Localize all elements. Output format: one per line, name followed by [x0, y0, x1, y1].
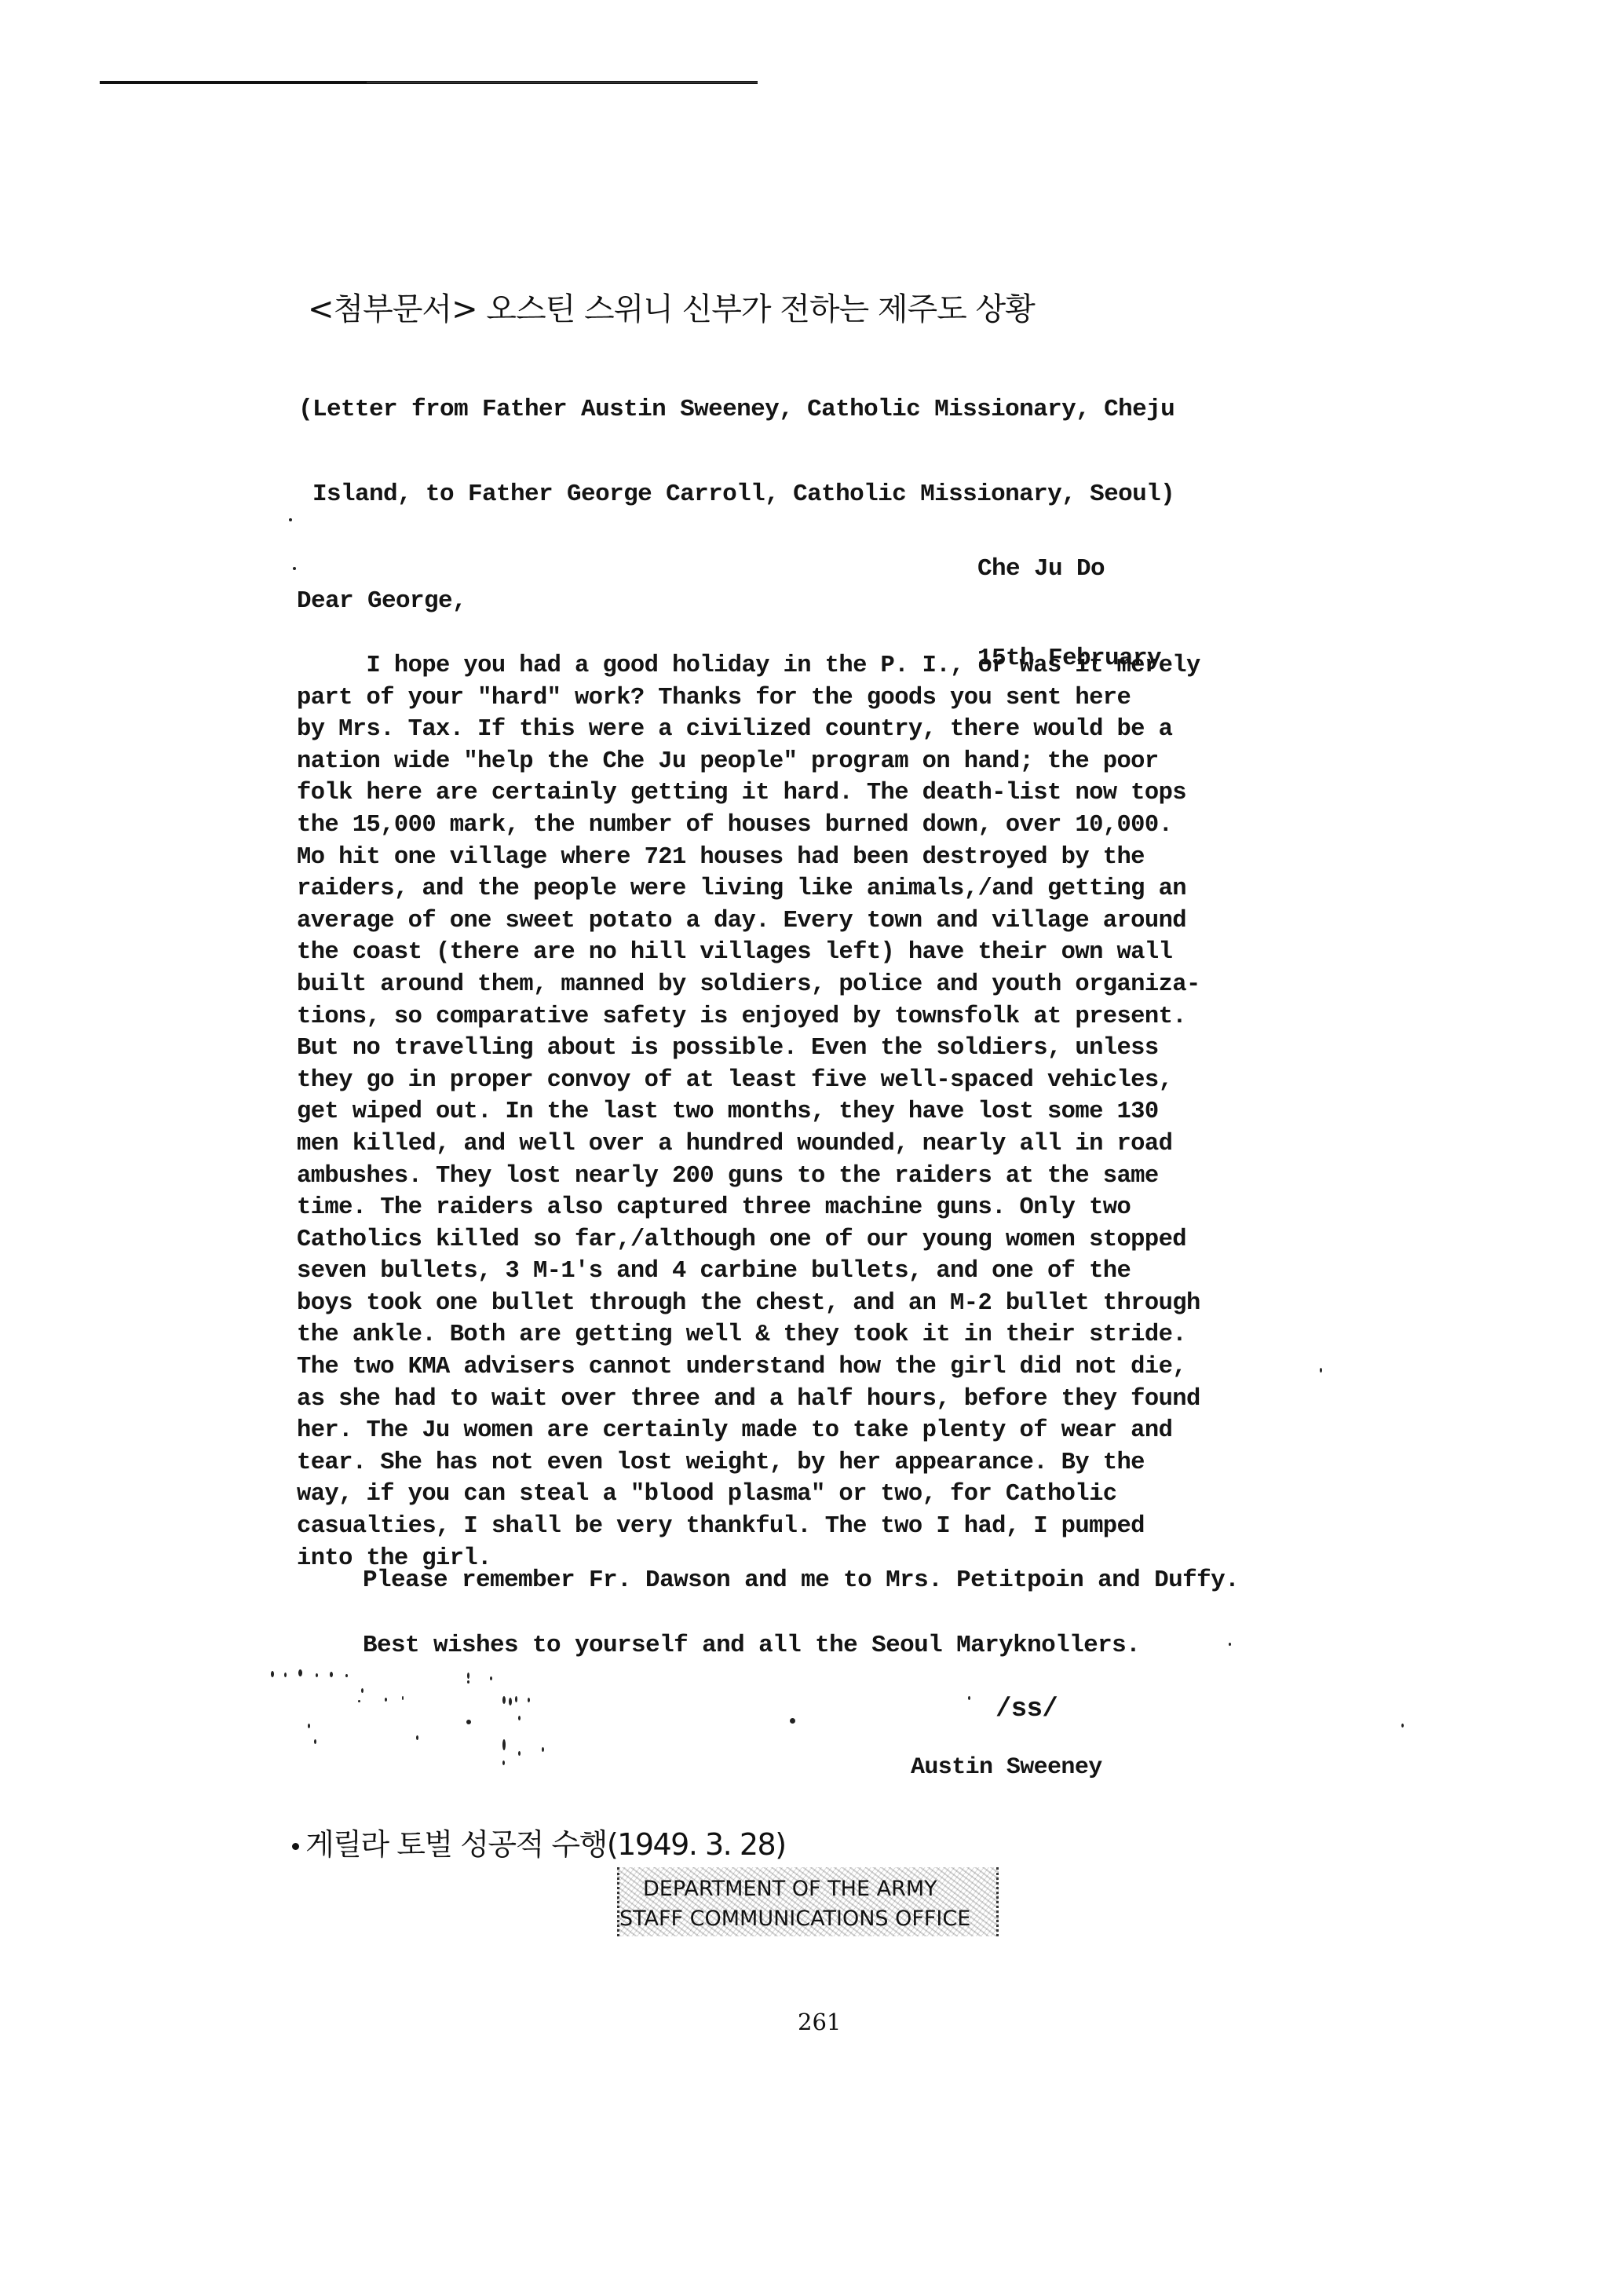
- body-line: ambushes. They lost nearly 200 guns to t…: [297, 1161, 1200, 1193]
- body-line: as she had to wait over three and a half…: [297, 1384, 1200, 1416]
- body-line: seven bullets, 3 M-1's and 4 carbine bul…: [297, 1256, 1200, 1288]
- stamp-line-1: DEPARTMENT OF THE ARMY: [643, 1877, 937, 1901]
- body-line: by Mrs. Tax. If this were a civilized co…: [297, 714, 1200, 746]
- body-line: tear. She has not even lost weight, by h…: [297, 1447, 1200, 1479]
- body-line: average of one sweet potato a day. Every…: [297, 905, 1200, 938]
- body-line: the coast (there are no hill villages le…: [297, 937, 1200, 969]
- signature-mark: /ss/: [995, 1695, 1058, 1724]
- body-line: the ankle. Both are getting well & they …: [297, 1319, 1200, 1351]
- army-stamp: DEPARTMENT OF THE ARMY STAFF COMMUNICATI…: [617, 1867, 999, 1936]
- header-rule: [100, 81, 758, 84]
- subtitle-line: (Letter from Father Austin Sweeney, Cath…: [298, 396, 1174, 424]
- body-line: built around them, manned by soldiers, p…: [297, 969, 1200, 1001]
- body-line: get wiped out. In the last two months, t…: [297, 1096, 1200, 1128]
- salutation: Dear George,: [297, 587, 466, 615]
- body-line: I hope you had a good holiday in the P. …: [297, 650, 1200, 682]
- body-line: her. The Ju women are certainly made to …: [297, 1415, 1200, 1447]
- body-line: the 15,000 mark, the number of houses bu…: [297, 810, 1200, 842]
- korean-title: <첨부문서> 오스틴 스위니 신부가 전하는 제주도 상황: [308, 284, 1035, 329]
- body-line: casualties, I shall be very thankful. Th…: [297, 1511, 1200, 1543]
- korean-note: 게릴라 토벌 성공적 수행(1949. 3. 28): [292, 1820, 786, 1863]
- body-line: tions, so comparative safety is enjoyed …: [297, 1001, 1200, 1033]
- body-line: men killed, and well over a hundred woun…: [297, 1128, 1200, 1161]
- body-line: they go in proper convoy of at least fiv…: [297, 1065, 1200, 1097]
- document-page: <첨부문서> 오스틴 스위니 신부가 전하는 제주도 상황 (Letter fr…: [0, 0, 1622, 2296]
- body-line: time. The raiders also captured three ma…: [297, 1192, 1200, 1224]
- page-number: 261: [798, 2009, 841, 2035]
- body-line: part of your "hard" work? Thanks for the…: [297, 682, 1200, 715]
- stamp-line-2: STAFF COMMUNICATIONS OFFICE: [619, 1907, 970, 1931]
- signature-name: Austin Sweeney: [911, 1754, 1102, 1781]
- body-line: But no travelling about is possible. Eve…: [297, 1033, 1200, 1065]
- letter-body: I hope you had a good holiday in the P. …: [297, 650, 1200, 1574]
- closing-wishes: Best wishes to yourself and all the Seou…: [363, 1632, 1140, 1659]
- korean-note-text: 게릴라 토벌 성공적 수행(1949. 3. 28): [305, 1827, 786, 1862]
- bullet-icon: [292, 1843, 299, 1850]
- letter-place: Che Ju Do: [977, 554, 1161, 584]
- body-line: raiders, and the people were living like…: [297, 873, 1200, 905]
- body-line: Mo hit one village where 721 houses had …: [297, 842, 1200, 874]
- body-line: folk here are certainly getting it hard.…: [297, 777, 1200, 810]
- body-line: nation wide "help the Che Ju people" pro…: [297, 746, 1200, 778]
- body-line: boys took one bullet through the chest, …: [297, 1288, 1200, 1320]
- body-line: way, if you can steal a "blood plasma" o…: [297, 1479, 1200, 1511]
- body-line: The two KMA advisers cannot understand h…: [297, 1351, 1200, 1384]
- body-line: Catholics killed so far,/although one of…: [297, 1224, 1200, 1256]
- closing-remember: Please remember Fr. Dawson and me to Mrs…: [363, 1567, 1239, 1594]
